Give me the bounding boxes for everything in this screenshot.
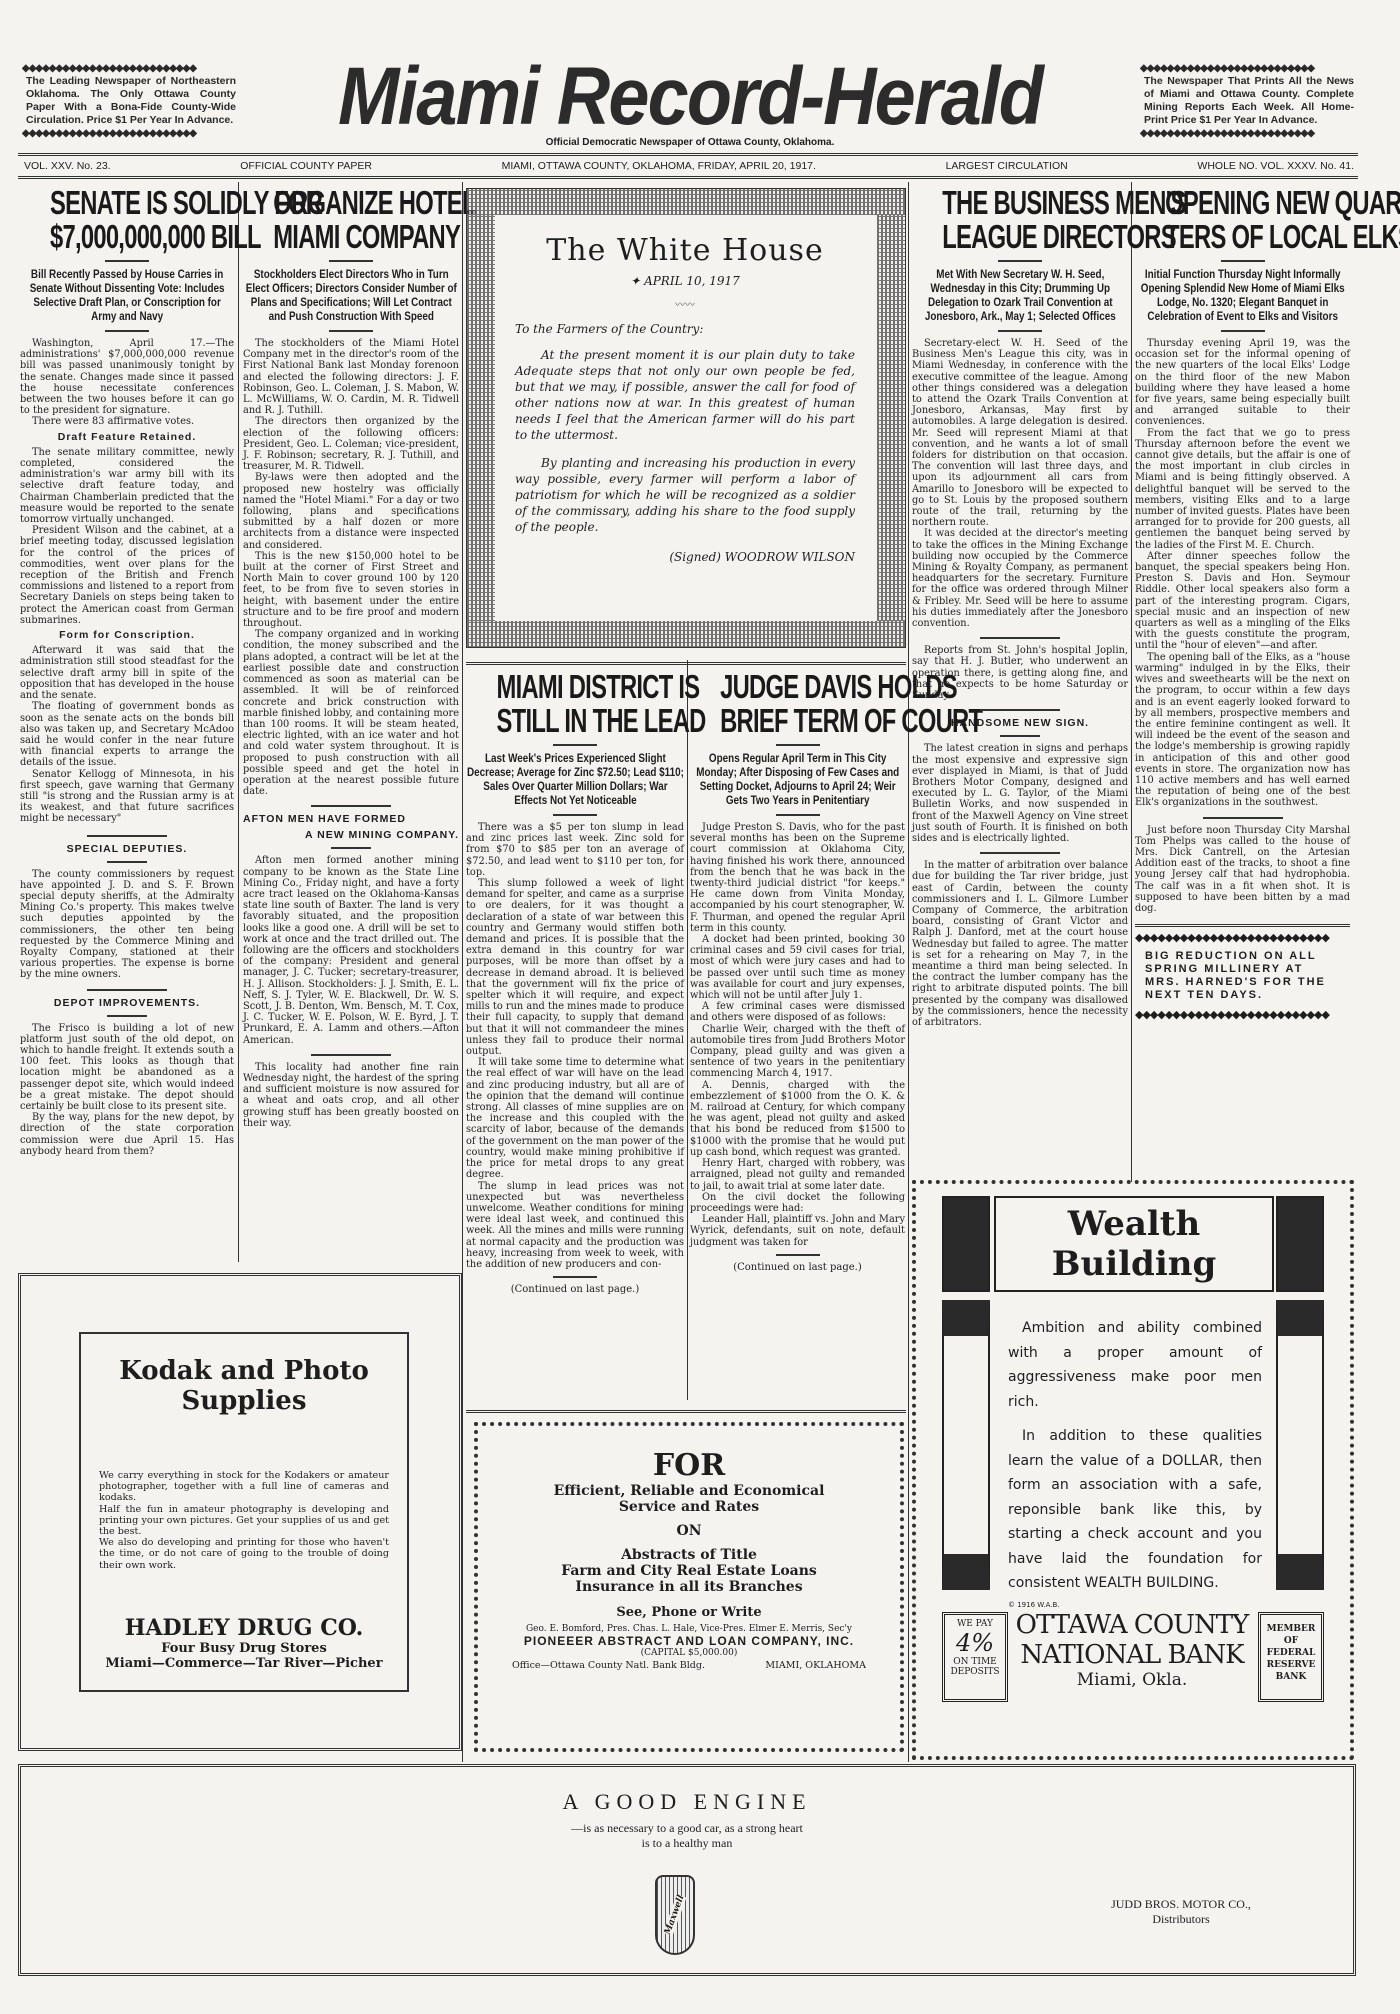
ad-line: Service and Rates	[488, 1499, 890, 1515]
ad-line: is to a healthy man	[21, 1836, 1353, 1851]
paragraph: Washington, April 17.—The administration…	[20, 338, 234, 416]
column-rule	[908, 182, 909, 1762]
eagle-icon: ✦	[630, 274, 644, 288]
paragraph: By-laws were then adopted and the propos…	[243, 472, 459, 550]
interest-rate: 4%	[945, 1629, 1005, 1657]
deck: Met With New Secretary W. H. Seed, Wedne…	[912, 268, 1127, 324]
divider	[107, 861, 147, 863]
headline-afton: AFTON MEN HAVE FORMED	[243, 813, 459, 825]
left-ear-text: The Leading Newspaper of Northeastern Ok…	[22, 75, 240, 127]
subheading: Draft Feature Retained.	[20, 432, 234, 443]
ad-office-line: Office—Ottawa County Natl. Bank Bldg. MI…	[488, 1658, 890, 1673]
paragraph: On the civil docket the following procee…	[690, 1192, 905, 1214]
paragraph: This is the new $150,000 hotel to be bui…	[243, 551, 459, 629]
headline: BRIEF TERM OF COURT	[720, 704, 875, 738]
paragraph: Henry Hart, charged with robbery, was ar…	[690, 1158, 905, 1192]
circulation: LARGEST CIRCULATION	[946, 160, 1068, 172]
paragraph: At the present moment it is our plain du…	[515, 347, 855, 443]
white-house-title: The White House	[515, 233, 855, 268]
headline-deputies: SPECIAL DEPUTIES.	[20, 843, 234, 855]
article-court: JUDGE DAVIS HOLDS BRIEF TERM OF COURT Op…	[690, 670, 905, 1273]
masthead-subtitle: Official Democratic Newspaper of Ottawa …	[400, 137, 980, 148]
flag-border-icon	[877, 215, 905, 621]
paragraph: Thursday evening April 19, was the occas…	[1135, 338, 1350, 428]
paragraph: Just before noon Thursday City Marshal T…	[1135, 825, 1350, 915]
paragraph: By the way, plans for the new depot, by …	[20, 1112, 234, 1157]
paragraph: A few criminal cases were dismissed and …	[690, 1001, 905, 1023]
deck: Stockholders Elect Directors Who in Turn…	[243, 268, 458, 324]
headline: SENATE IS SOLIDLY FOR	[50, 186, 204, 220]
paragraph: There were 83 affirmative votes.	[20, 416, 234, 427]
headline-afton: A NEW MINING COMPANY.	[243, 829, 459, 841]
divider	[105, 260, 149, 262]
headline: TERS OF LOCAL ELKS	[1165, 220, 1320, 254]
divider	[1221, 330, 1265, 332]
left-ear-box: ◆◆◆◆◆◆◆◆◆◆◆◆◆◆◆◆◆◆◆◆◆◆◆◆◆◆ The Leading N…	[22, 62, 240, 140]
divider	[87, 989, 167, 991]
paragraph: The county commissioners by request have…	[20, 869, 234, 981]
divider	[998, 330, 1042, 332]
salutation: To the Farmers of the Country:	[515, 321, 855, 337]
paragraph: Senator Kellogg of Minnesota, in his fir…	[20, 769, 234, 825]
dateline-rule	[18, 176, 1358, 179]
ad-title: Kodak and Photo	[99, 1356, 389, 1386]
headline: $7,000,000,000 BILL	[50, 220, 204, 254]
date-text: APRIL 10, 1917	[644, 274, 740, 288]
ad-company: HADLEY DRUG CO.	[99, 1615, 389, 1641]
paragraph: Afterward it was said that the administr…	[20, 645, 234, 701]
paragraph: The latest creation in signs and perhaps…	[912, 743, 1128, 844]
flourish-icon: 〰〰	[515, 296, 855, 311]
paragraph: A. Dennis, charged with the embezzlement…	[690, 1080, 905, 1158]
article-mining: MIAMI DISTRICT IS STILL IN THE LEAD Last…	[466, 670, 684, 1295]
section-rule	[466, 662, 906, 665]
headline: STILL IN THE LEAD	[497, 704, 654, 738]
ad-paragraph: In addition to these qualities learn the…	[1008, 1424, 1262, 1596]
official-paper: OFFICIAL COUNTY PAPER	[240, 160, 372, 172]
wealth-building-title-box: Wealth Building	[994, 1196, 1274, 1292]
ornament-border: ◆◆◆◆◆◆◆◆◆◆◆◆◆◆◆◆◆◆◆◆◆◆◆◆◆◆	[1135, 1008, 1350, 1021]
article-senate: SENATE IS SOLIDLY FOR $7,000,000,000 BIL…	[20, 186, 234, 1157]
column-rule	[462, 182, 463, 1762]
paragraph: In the matter of arbitration over balanc…	[912, 860, 1128, 1028]
headline-depot: DEPOT IMPROVEMENTS.	[20, 997, 234, 1009]
ad-officers: Geo. E. Bomford, Pres. Chas. L. Hale, Vi…	[488, 1624, 890, 1634]
interest-rate-box: WE PAY 4% ON TIME DEPOSITS	[942, 1612, 1008, 1702]
white-house-proclamation: The White House ✦ APRIL 10, 1917 〰〰 To t…	[466, 188, 906, 648]
ad-paragraph: We carry everything in stock for the Kod…	[99, 1470, 389, 1504]
divider	[329, 330, 373, 332]
paragraph: The senate military committee, newly com…	[20, 447, 234, 525]
proclamation-date: ✦ APRIL 10, 1917	[515, 274, 855, 288]
paragraph: Charlie Weir, charged with the theft of …	[690, 1024, 905, 1080]
article-elks: OPENING NEW QUAR- TERS OF LOCAL ELKS Ini…	[1135, 186, 1350, 1021]
deck: Opens Regular April Term in This City Mo…	[690, 752, 904, 808]
ad-title: Wealth	[996, 1204, 1272, 1244]
dateline: VOL. XXV. No. 23. OFFICIAL COUNTY PAPER …	[4, 160, 1374, 172]
volume-number: VOL. XXV. No. 23.	[24, 160, 111, 172]
divider	[311, 1054, 391, 1056]
paragraph: Leander Hall, plaintiff vs. John and Mar…	[690, 1214, 905, 1248]
flag-border-icon	[467, 189, 905, 215]
signature: (Signed) WOODROW WILSON	[515, 549, 855, 565]
paragraph: Reports from St. John's hospital Joplin,…	[912, 645, 1128, 701]
paragraph: President Wilson and the cabinet, at a b…	[20, 525, 234, 626]
column-rule	[1131, 182, 1132, 1182]
divider	[1221, 260, 1265, 262]
ornament-icon	[942, 1196, 990, 1292]
dealer-role: Distributors	[1101, 1912, 1261, 1927]
divider	[105, 330, 149, 332]
divider	[776, 814, 820, 816]
ad-engine: A GOOD ENGINE —is as necessary to a good…	[18, 1764, 1356, 1976]
ornament-pillar-icon	[942, 1300, 990, 1590]
headline: MIAMI COMPANY	[273, 220, 429, 254]
ad-paragraph: Half the fun in amateur photography is d…	[99, 1504, 389, 1538]
masthead-rule	[18, 153, 1358, 156]
ad-title: Supplies	[99, 1386, 389, 1416]
headline: THE BUSINESS MEN'S	[942, 186, 1098, 220]
headline: OPENING NEW QUAR-	[1165, 186, 1320, 220]
divider	[553, 814, 597, 816]
ad-locations: Miami—Commerce—Tar River—Picher	[99, 1656, 389, 1671]
continued-link[interactable]: (Continued on last page.)	[466, 1284, 684, 1295]
paragraph: The stockholders of the Miami Hotel Comp…	[243, 338, 459, 416]
paragraph: Secretary-elect W. H. Seed of the Busine…	[912, 338, 1128, 528]
subheading: Form for Conscription.	[20, 630, 234, 641]
paragraph: It was decided at the director's meeting…	[912, 528, 1128, 629]
we-pay-label: WE PAY	[945, 1619, 1005, 1629]
ad-title: A GOOD ENGINE	[21, 1789, 1353, 1815]
maxwell-logo-icon: Maxwell	[655, 1875, 695, 1955]
flag-border-icon	[467, 621, 905, 647]
ad-kodak: Kodak and Photo Supplies We carry everyt…	[18, 1273, 462, 1751]
article-hotel: ORGANIZE HOTEL MIAMI COMPANY Stockholder…	[243, 186, 459, 1129]
ornament-pillar-icon	[1276, 1300, 1324, 1590]
ad-capital: (CAPITAL $5,000.00)	[488, 1648, 890, 1658]
divider	[553, 744, 597, 746]
divider	[1000, 735, 1040, 737]
divider	[311, 805, 391, 807]
divider	[329, 260, 373, 262]
section-rule	[466, 1410, 906, 1413]
ear-border-bottom: ◆◆◆◆◆◆◆◆◆◆◆◆◆◆◆◆◆◆◆◆◆◆◆◆◆◆	[1140, 127, 1358, 140]
paragraph: Judge Preston S. Davis, who for the past…	[690, 822, 905, 934]
ad-line: Efficient, Reliable and Economical	[488, 1483, 890, 1499]
ear-border-top: ◆◆◆◆◆◆◆◆◆◆◆◆◆◆◆◆◆◆◆◆◆◆◆◆◆◆	[22, 62, 240, 75]
ad-pioneer: FOR Efficient, Reliable and Economical S…	[474, 1422, 904, 1752]
divider	[776, 744, 820, 746]
paragraph: The directors then organized by the elec…	[243, 416, 459, 472]
right-ear-text: The Newspaper That Prints All the News o…	[1140, 75, 1358, 127]
bank-name-line: NATIONAL BANK	[1012, 1640, 1252, 1670]
continued-link[interactable]: (Continued on last page.)	[690, 1262, 905, 1273]
ad-service: Abstracts of Title	[488, 1547, 890, 1563]
headline: ORGANIZE HOTEL	[273, 186, 429, 220]
divider	[1135, 924, 1350, 927]
paragraph: This slump followed a week of light dema…	[466, 878, 684, 1057]
ornament-border: ◆◆◆◆◆◆◆◆◆◆◆◆◆◆◆◆◆◆◆◆◆◆◆◆◆◆	[1135, 931, 1350, 944]
ear-border-top: ◆◆◆◆◆◆◆◆◆◆◆◆◆◆◆◆◆◆◆◆◆◆◆◆◆◆	[1140, 62, 1358, 75]
ad-title: Building	[996, 1244, 1272, 1284]
deck: Initial Function Thursday Night Informal…	[1135, 268, 1349, 324]
ad-city: MIAMI, OKLAHOMA	[765, 1660, 866, 1671]
ad-line: —is as necessary to a good car, as a str…	[21, 1821, 1353, 1836]
bank-name-line: OTTAWA COUNTY	[1012, 1610, 1252, 1640]
divider	[331, 847, 371, 849]
ad-service: Farm and City Real Estate Loans	[488, 1563, 890, 1579]
flag-border-icon	[467, 215, 495, 621]
ornament-icon	[1276, 1196, 1324, 1292]
logo-text: Maxwell	[663, 1894, 687, 1936]
ad-copyright: © 1916 W.A.B.	[1008, 1600, 1262, 1610]
ad-stores: Four Busy Drug Stores	[99, 1641, 389, 1656]
divider	[998, 260, 1042, 262]
divider	[87, 835, 167, 837]
place-date: MIAMI, OTTAWA COUNTY, OKLAHOMA, FRIDAY, …	[502, 160, 816, 172]
federal-reserve-badge: MEMBER OF FEDERAL RESERVE BANK	[1258, 1612, 1324, 1702]
divider	[107, 1015, 147, 1017]
paragraph: A docket had been printed, booking 30 cr…	[690, 934, 905, 1001]
paragraph: After dinner speeches follow the banquet…	[1135, 551, 1350, 652]
divider	[553, 1276, 597, 1278]
ad-office: Office—Ottawa County Natl. Bank Bldg.	[512, 1660, 705, 1671]
right-ear-box: ◆◆◆◆◆◆◆◆◆◆◆◆◆◆◆◆◆◆◆◆◆◆◆◆◆◆ The Newspaper…	[1140, 62, 1358, 140]
ad-contact: See, Phone or Write	[488, 1605, 890, 1620]
whole-number: WHOLE NO. VOL. XXXV. No. 41.	[1197, 160, 1354, 172]
ad-line: ON	[488, 1523, 890, 1539]
ad-bank: Wealth Building Ambition and ability com…	[912, 1180, 1354, 1760]
paragraph: By planting and increasing his productio…	[515, 455, 855, 535]
headline: MIAMI DISTRICT IS	[497, 670, 654, 704]
article-league: THE BUSINESS MEN'S LEAGUE DIRECTORS Met …	[912, 186, 1128, 1028]
divider	[1203, 817, 1283, 819]
ad-title: FOR	[488, 1448, 890, 1483]
deck: Bill Recently Passed by House Carries in…	[20, 268, 233, 324]
divider	[980, 637, 1060, 639]
ear-border-bottom: ◆◆◆◆◆◆◆◆◆◆◆◆◆◆◆◆◆◆◆◆◆◆◆◆◆◆	[22, 127, 240, 140]
deck: Last Week's Prices Experienced Slight De…	[466, 752, 683, 808]
paragraph: This locality had another fine rain Wedn…	[243, 1062, 459, 1129]
millinery-notice: BIG REDUCTION ON ALL SPRING MILLINERY AT…	[1135, 944, 1350, 1008]
headline: LEAGUE DIRECTORS	[942, 220, 1098, 254]
paragraph: It will take some time to determine what…	[466, 1057, 684, 1180]
paragraph: Afton men formed another mining company …	[243, 855, 459, 1045]
column-rule	[687, 660, 688, 1400]
ad-service: Insurance in all its Branches	[488, 1579, 890, 1595]
paragraph: The slump in lead prices was not unexpec…	[466, 1181, 684, 1271]
bank-name: OTTAWA COUNTY NATIONAL BANK Miami, Okla.	[1012, 1610, 1252, 1690]
masthead-title: Miami Record-Herald	[294, 50, 1086, 144]
column-rule	[238, 182, 239, 1262]
paragraph: From the fact that we go to press Thursd…	[1135, 428, 1350, 551]
divider	[776, 1254, 820, 1256]
paragraph: The company organized and in working con…	[243, 629, 459, 797]
ad-kodak-inner: Kodak and Photo Supplies We carry everyt…	[79, 1332, 409, 1692]
divider	[980, 852, 1060, 854]
paragraph: The floating of government bonds as soon…	[20, 701, 234, 768]
ad-company: PIONEEER ABSTRACT AND LOAN COMPANY, INC.	[488, 1634, 890, 1648]
paragraph: The Frisco is building a lot of new plat…	[20, 1023, 234, 1113]
headline: JUDGE DAVIS HOLDS	[720, 670, 875, 704]
bank-city: Miami, Okla.	[1012, 1670, 1252, 1690]
paragraph: There was a $5 per ton slump in lead and…	[466, 822, 684, 878]
headline-sign: HANDSOME NEW SIGN.	[912, 717, 1128, 729]
ad-paragraph: Ambition and ability combined with a pro…	[1008, 1316, 1262, 1414]
ad-paragraph: We also do developing and printing for t…	[99, 1537, 389, 1571]
paragraph: The opening ball of the Elks, as a "hous…	[1135, 652, 1350, 809]
divider	[980, 709, 1060, 711]
deposit-label: ON TIME DEPOSITS	[945, 1657, 1005, 1677]
dealer-name: JUDD BROS. MOTOR CO.,	[1101, 1897, 1261, 1912]
ad-dealer: JUDD BROS. MOTOR CO., Distributors	[1101, 1897, 1261, 1927]
